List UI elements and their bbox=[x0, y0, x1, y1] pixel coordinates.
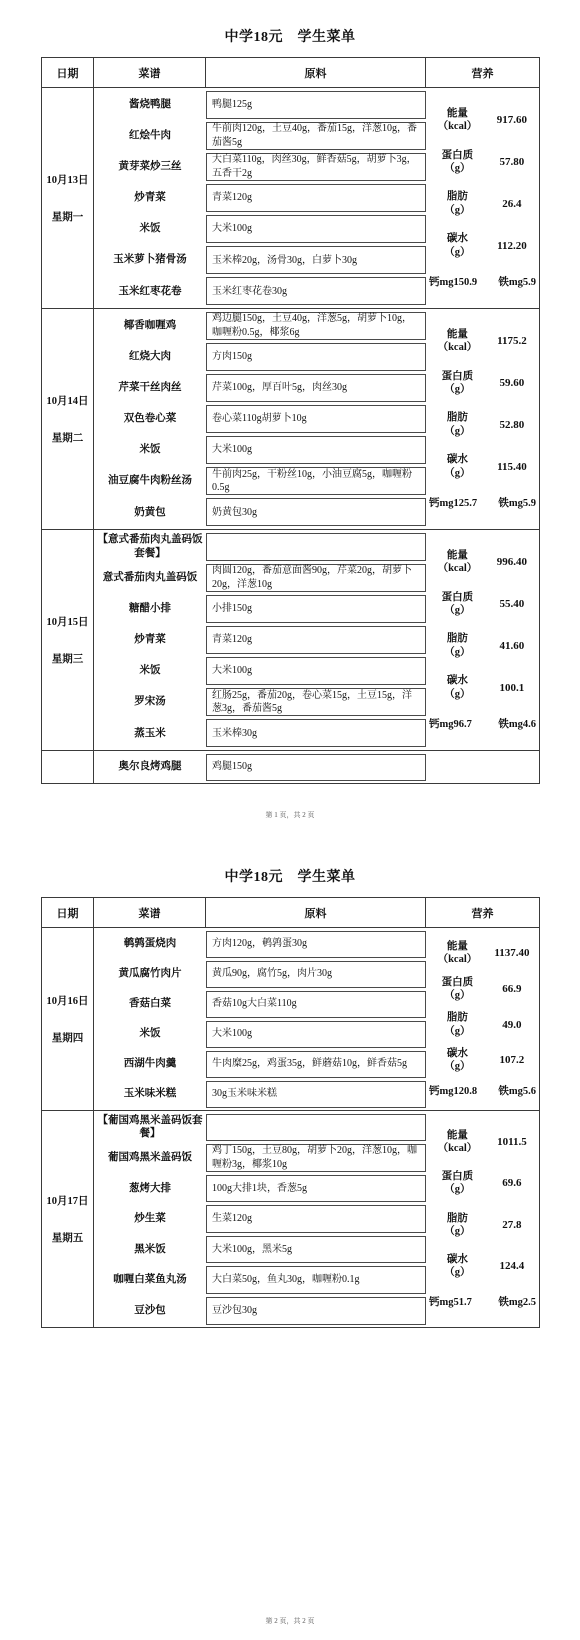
carb-unit: （g） bbox=[444, 688, 470, 701]
day-section: 10月15日 星期三 【意式番茄肉丸盖码饭套餐】 意式番茄肉丸盖码饭 肉圆120… bbox=[42, 529, 539, 750]
dish-row: 炒青菜 青菜120g bbox=[94, 624, 426, 655]
dish-ingredients: 芹菜100g，厚百叶5g，肉丝30g bbox=[206, 374, 426, 402]
nutrition-energy-row: 能量 （kcal） 917.60 bbox=[428, 107, 537, 133]
header-nutrition: 营养 bbox=[426, 58, 539, 87]
protein-unit: （g） bbox=[444, 383, 470, 396]
nutrition-protein-row: 蛋白质 （g） 59.60 bbox=[428, 370, 537, 396]
day-section: 10月14日 星期二 椰香咖喱鸡 鸡边腿150g，土豆40g，洋葱5g，胡萝卜1… bbox=[42, 308, 539, 529]
dish-ingredients: 奶黄包30g bbox=[206, 498, 426, 526]
dish-name: 意式番茄肉丸盖码饭 bbox=[94, 562, 206, 593]
nutrition-fat-row: 脂肪 （g） 27.8 bbox=[428, 1212, 537, 1238]
dish-name: 【葡国鸡黑米盖码饭套餐】 bbox=[94, 1112, 206, 1143]
energy-value: 1175.2 bbox=[487, 335, 537, 347]
dish-name: 米饭 bbox=[94, 435, 206, 466]
dish-row: 椰香咖喱鸡 鸡边腿150g，土豆40g，洋葱5g，胡萝卜10g，咖喱粉0.5g，… bbox=[94, 310, 426, 341]
dish-name: 咖喱白菜鱼丸汤 bbox=[94, 1265, 206, 1296]
dish-row: 玉米萝卜猪骨汤 玉米棒20g，汤骨30g，白萝卜30g bbox=[94, 245, 426, 276]
days-container-1: 10月16日 星期四 鹌鹑蛋烧肉 方肉120g，鹌鹑蛋30g 黄瓜腐竹肉片 黄瓜… bbox=[42, 928, 539, 1327]
dish-name: 黄瓜腐竹肉片 bbox=[94, 959, 206, 989]
dish-row: 黄瓜腐竹肉片 黄瓜90g，腐竹5g，肉片30g bbox=[94, 959, 426, 989]
energy-unit: （kcal） bbox=[438, 953, 478, 966]
dish-row: 奶黄包 奶黄包30g bbox=[94, 497, 426, 528]
dish-ingredients: 小排150g bbox=[206, 595, 426, 623]
date-cell bbox=[42, 751, 94, 783]
dish-row: 糖醋小排 小排150g bbox=[94, 593, 426, 624]
energy-label: 能量 bbox=[447, 328, 468, 341]
nutrition-energy-row: 能量 （kcal） 1137.40 bbox=[428, 940, 537, 966]
calcium-value: 钙mg150.9 bbox=[429, 274, 477, 289]
header-menu: 菜谱 bbox=[94, 58, 206, 87]
dish-row: 香菇白菜 香菇10g大白菜110g bbox=[94, 989, 426, 1019]
protein-unit: （g） bbox=[444, 162, 470, 175]
dish-name: 糖醋小排 bbox=[94, 593, 206, 624]
dish-row: 米饭 大米100g bbox=[94, 1019, 426, 1049]
dish-row: 红烩牛肉 牛前肉120g，土豆40g，番茄15g，洋葱10g，番茄酱5g bbox=[94, 120, 426, 151]
carb-label: 碳水 bbox=[447, 1047, 468, 1060]
dish-ingredients: 玉米棒30g bbox=[206, 719, 426, 747]
nutrition-minerals-row: 钙mg125.7 铁mg5.9 bbox=[428, 495, 537, 510]
page-1-title: 中学18元 学生菜单 bbox=[0, 26, 580, 46]
protein-value: 66.9 bbox=[487, 983, 537, 995]
iron-value: 铁mg5.6 bbox=[498, 1083, 536, 1098]
fat-label: 脂肪 bbox=[447, 1011, 468, 1024]
date-cell: 10月15日 星期三 bbox=[42, 530, 94, 750]
dish-row: 蒸玉米 玉米棒30g bbox=[94, 718, 426, 749]
protein-unit: （g） bbox=[444, 989, 470, 1002]
nutrition-cell bbox=[426, 751, 539, 783]
carb-unit: （g） bbox=[444, 1060, 470, 1073]
weekday-text: 星期五 bbox=[52, 1230, 84, 1245]
dish-row: 米饭 大米100g bbox=[94, 435, 426, 466]
fat-unit: （g） bbox=[444, 1225, 470, 1238]
dish-ingredients: 牛肉糜25g，鸡蛋35g，鲜蘑菇10g，鲜香菇5g bbox=[206, 1051, 426, 1078]
dish-row: 米饭 大米100g bbox=[94, 656, 426, 687]
date-cell: 10月14日 星期二 bbox=[42, 309, 94, 529]
date-text: 10月15日 bbox=[47, 614, 89, 629]
dish-row: 玉米红枣花卷 玉米红枣花卷30g bbox=[94, 276, 426, 307]
weekday-text: 星期三 bbox=[52, 651, 84, 666]
energy-unit: （kcal） bbox=[438, 120, 478, 133]
fat-value: 27.8 bbox=[487, 1219, 537, 1231]
fat-label: 脂肪 bbox=[447, 632, 468, 645]
nutrition-cell: 能量 （kcal） 1137.40 蛋白质 （g） 66.9 脂肪 （g） 49… bbox=[426, 928, 539, 1110]
nutrition-minerals-row: 钙mg51.7 铁mg2.5 bbox=[428, 1294, 537, 1309]
dish-name: 芹菜干丝肉丝 bbox=[94, 372, 206, 403]
nutrition-carb-row: 碳水 （g） 107.2 bbox=[428, 1047, 537, 1073]
dish-row: 西湖牛肉羹 牛肉糜25g，鸡蛋35g，鲜蘑菇10g，鲜香菇5g bbox=[94, 1049, 426, 1079]
protein-label: 蛋白质 bbox=[442, 976, 474, 989]
dish-name: 炒青菜 bbox=[94, 182, 206, 213]
menu-table-page-1: 日期 菜谱 原料 营养 10月13日 星期一 酱烧鸭腿 鸭腿125g 红烩牛肉 … bbox=[41, 57, 540, 784]
dish-name: 酱烧鸭腿 bbox=[94, 89, 206, 120]
header-nutrition: 营养 bbox=[426, 898, 539, 927]
dish-row: 罗宋汤 红肠25g，番茄20g，卷心菜15g，土豆15g，洋葱3g，番茄酱5g bbox=[94, 687, 426, 718]
dish-name: 鹌鹑蛋烧肉 bbox=[94, 929, 206, 959]
dish-row: 红烧大肉 方肉150g bbox=[94, 341, 426, 372]
dish-name: 炒生菜 bbox=[94, 1204, 206, 1235]
dish-ingredients: 豆沙包30g bbox=[206, 1297, 426, 1325]
nutrition-protein-row: 蛋白质 （g） 69.6 bbox=[428, 1170, 537, 1196]
weekday-text: 星期四 bbox=[52, 1030, 84, 1045]
nutrition-cell: 能量 （kcal） 1175.2 蛋白质 （g） 59.60 脂肪 （g） 52… bbox=[426, 309, 539, 529]
protein-label: 蛋白质 bbox=[442, 370, 474, 383]
dish-row: 【葡国鸡黑米盖码饭套餐】 bbox=[94, 1112, 426, 1143]
dish-ingredients: 大米100g，黑米5g bbox=[206, 1236, 426, 1264]
carb-label: 碳水 bbox=[447, 453, 468, 466]
date-text: 10月13日 bbox=[47, 172, 89, 187]
dish-ingredients: 玉米红枣花卷30g bbox=[206, 277, 426, 305]
page-2: 中学18元 学生菜单 日期 菜谱 原料 营养 10月16日 星期四 鹌鹑蛋烧肉 … bbox=[0, 820, 580, 1636]
calcium-value: 钙mg120.8 bbox=[429, 1083, 477, 1098]
nutrition-cell: 能量 （kcal） 1011.5 蛋白质 （g） 69.6 脂肪 （g） 27.… bbox=[426, 1111, 539, 1327]
dish-ingredients: 大白菜110g，肉丝30g，鲜香菇5g，胡萝卜3g，五香干2g bbox=[206, 153, 426, 181]
iron-value: 铁mg2.5 bbox=[498, 1294, 536, 1309]
dish-ingredients: 100g大排1块，香葱5g bbox=[206, 1175, 426, 1203]
dish-name: 香菇白菜 bbox=[94, 989, 206, 1019]
dish-name: 双色卷心菜 bbox=[94, 403, 206, 434]
protein-unit: （g） bbox=[444, 604, 470, 617]
nutrition-minerals-row: 钙mg96.7 铁mg4.6 bbox=[428, 716, 537, 731]
page-1-footer: 第 1 页，共 2 页 bbox=[0, 810, 580, 820]
dish-row: 葡国鸡黑米盖码饭 鸡丁150g，土豆80g，胡萝卜20g，洋葱10g，咖喱粉3g… bbox=[94, 1143, 426, 1174]
protein-value: 57.80 bbox=[487, 156, 537, 168]
calcium-value: 钙mg51.7 bbox=[429, 1294, 472, 1309]
nutrition-minerals-row: 钙mg120.8 铁mg5.6 bbox=[428, 1083, 537, 1098]
dish-ingredients: 大米100g bbox=[206, 215, 426, 243]
header-date: 日期 bbox=[42, 58, 94, 87]
dish-list: 【葡国鸡黑米盖码饭套餐】 葡国鸡黑米盖码饭 鸡丁150g，土豆80g，胡萝卜20… bbox=[94, 1111, 426, 1327]
fat-value: 26.4 bbox=[487, 198, 537, 210]
fat-unit: （g） bbox=[444, 204, 470, 217]
dish-row: 芹菜干丝肉丝 芹菜100g，厚百叶5g，肉丝30g bbox=[94, 372, 426, 403]
nutrition-carb-row: 碳水 （g） 100.1 bbox=[428, 674, 537, 700]
dish-name: 红烧大肉 bbox=[94, 341, 206, 372]
dish-ingredients: 卷心菜110g胡萝卜10g bbox=[206, 405, 426, 433]
weekday-text: 星期一 bbox=[52, 209, 84, 224]
dish-row: 黑米饭 大米100g，黑米5g bbox=[94, 1234, 426, 1265]
dish-name: 炒青菜 bbox=[94, 624, 206, 655]
date-cell: 10月16日 星期四 bbox=[42, 928, 94, 1110]
energy-label: 能量 bbox=[447, 107, 468, 120]
carb-value: 100.1 bbox=[487, 682, 537, 694]
dish-row: 鹌鹑蛋烧肉 方肉120g，鹌鹑蛋30g bbox=[94, 929, 426, 959]
header-ingredients: 原料 bbox=[206, 898, 426, 927]
fat-label: 脂肪 bbox=[447, 190, 468, 203]
day-section: 10月17日 星期五 【葡国鸡黑米盖码饭套餐】 葡国鸡黑米盖码饭 鸡丁150g，… bbox=[42, 1110, 539, 1327]
nutrition-cell: 能量 （kcal） 996.40 蛋白质 （g） 55.40 脂肪 （g） 41… bbox=[426, 530, 539, 750]
menu-table-page-2: 日期 菜谱 原料 营养 10月16日 星期四 鹌鹑蛋烧肉 方肉120g，鹌鹑蛋3… bbox=[41, 897, 540, 1328]
day-section: 奥尔良烤鸡腿 鸡腿150g bbox=[42, 750, 539, 783]
dish-ingredients: 香菇10g大白菜110g bbox=[206, 991, 426, 1018]
energy-label: 能量 bbox=[447, 1129, 468, 1142]
menu-document: 中学18元 学生菜单 日期 菜谱 原料 营养 10月13日 星期一 酱烧鸭腿 鸭… bbox=[0, 0, 580, 1636]
dish-ingredients bbox=[206, 1114, 426, 1142]
dish-ingredients: 玉米棒20g，汤骨30g，白萝卜30g bbox=[206, 246, 426, 274]
dish-name: 豆沙包 bbox=[94, 1295, 206, 1326]
protein-label: 蛋白质 bbox=[442, 1170, 474, 1183]
dish-ingredients: 牛前肉120g，土豆40g，番茄15g，洋葱10g，番茄酱5g bbox=[206, 122, 426, 150]
dish-row: 咖喱白菜鱼丸汤 大白菜50g，鱼丸30g，咖喱粉0.1g bbox=[94, 1265, 426, 1296]
fat-value: 49.0 bbox=[487, 1019, 537, 1031]
dish-row: 葱烤大排 100g大排1块，香葱5g bbox=[94, 1173, 426, 1204]
nutrition-energy-row: 能量 （kcal） 1175.2 bbox=[428, 328, 537, 354]
nutrition-fat-row: 脂肪 （g） 26.4 bbox=[428, 190, 537, 216]
weekday-text: 星期二 bbox=[52, 430, 84, 445]
calcium-value: 钙mg96.7 bbox=[429, 716, 472, 731]
carb-unit: （g） bbox=[444, 246, 470, 259]
date-text: 10月14日 bbox=[47, 393, 89, 408]
calcium-value: 钙mg125.7 bbox=[429, 495, 477, 510]
protein-unit: （g） bbox=[444, 1183, 470, 1196]
header-date: 日期 bbox=[42, 898, 94, 927]
dish-ingredients: 青菜120g bbox=[206, 626, 426, 654]
dish-row: 黄芽菜炒三丝 大白菜110g，肉丝30g，鲜香菇5g，胡萝卜3g，五香干2g bbox=[94, 151, 426, 182]
dish-row: 炒生菜 生菜120g bbox=[94, 1204, 426, 1235]
fat-unit: （g） bbox=[444, 1025, 470, 1038]
dish-name: 红烩牛肉 bbox=[94, 120, 206, 151]
carb-unit: （g） bbox=[444, 1266, 470, 1279]
dish-ingredients: 肉圆120g，番茄意面酱90g，芹菜20g，胡萝卜20g，洋葱10g bbox=[206, 564, 426, 592]
dish-row: 【意式番茄肉丸盖码饭套餐】 bbox=[94, 531, 426, 562]
dish-ingredients: 鸡腿150g bbox=[206, 754, 426, 781]
nutrition-fat-row: 脂肪 （g） 52.80 bbox=[428, 411, 537, 437]
day-section: 10月13日 星期一 酱烧鸭腿 鸭腿125g 红烩牛肉 牛前肉120g，土豆40… bbox=[42, 88, 539, 308]
nutrition-protein-row: 蛋白质 （g） 66.9 bbox=[428, 976, 537, 1002]
fat-unit: （g） bbox=[444, 425, 470, 438]
dish-ingredients: 方肉120g，鹌鹑蛋30g bbox=[206, 931, 426, 958]
carb-unit: （g） bbox=[444, 467, 470, 480]
dish-list: 奥尔良烤鸡腿 鸡腿150g bbox=[94, 751, 426, 783]
dish-ingredients: 鸭腿125g bbox=[206, 91, 426, 119]
dish-list: 【意式番茄肉丸盖码饭套餐】 意式番茄肉丸盖码饭 肉圆120g，番茄意面酱90g，… bbox=[94, 530, 426, 750]
carb-label: 碳水 bbox=[447, 674, 468, 687]
dish-ingredients: 大米100g bbox=[206, 436, 426, 464]
dish-ingredients: 红肠25g，番茄20g，卷心菜15g，土豆15g，洋葱3g，番茄酱5g bbox=[206, 688, 426, 716]
nutrition-cell: 能量 （kcal） 917.60 蛋白质 （g） 57.80 脂肪 （g） 26… bbox=[426, 88, 539, 308]
carb-value: 112.20 bbox=[487, 240, 537, 252]
dish-name: 葱烤大排 bbox=[94, 1173, 206, 1204]
date-cell: 10月13日 星期一 bbox=[42, 88, 94, 308]
dish-name: 黑米饭 bbox=[94, 1234, 206, 1265]
page-1: 中学18元 学生菜单 日期 菜谱 原料 营养 10月13日 星期一 酱烧鸭腿 鸭… bbox=[0, 0, 580, 820]
nutrition-energy-row: 能量 （kcal） 996.40 bbox=[428, 549, 537, 575]
carb-label: 碳水 bbox=[447, 1253, 468, 1266]
dish-name: 蒸玉米 bbox=[94, 718, 206, 749]
dish-ingredients: 方肉150g bbox=[206, 343, 426, 371]
header-menu: 菜谱 bbox=[94, 898, 206, 927]
dish-name: 【意式番茄肉丸盖码饭套餐】 bbox=[94, 531, 206, 562]
dish-row: 玉米味米糕 30g玉米味米糕 bbox=[94, 1079, 426, 1109]
iron-value: 铁mg5.9 bbox=[498, 274, 536, 289]
nutrition-fat-row: 脂肪 （g） 41.60 bbox=[428, 632, 537, 658]
energy-value: 917.60 bbox=[487, 114, 537, 126]
dish-ingredients: 鸡丁150g，土豆80g，胡萝卜20g，洋葱10g，咖喱粉3g，椰浆10g bbox=[206, 1144, 426, 1172]
dish-row: 意式番茄肉丸盖码饭 肉圆120g，番茄意面酱90g，芹菜20g，胡萝卜20g，洋… bbox=[94, 562, 426, 593]
dish-list: 酱烧鸭腿 鸭腿125g 红烩牛肉 牛前肉120g，土豆40g，番茄15g，洋葱1… bbox=[94, 88, 426, 308]
energy-value: 996.40 bbox=[487, 556, 537, 568]
protein-label: 蛋白质 bbox=[442, 149, 474, 162]
fat-value: 52.80 bbox=[487, 419, 537, 431]
protein-value: 55.40 bbox=[487, 598, 537, 610]
dish-name: 奶黄包 bbox=[94, 497, 206, 528]
dish-ingredients: 青菜120g bbox=[206, 184, 426, 212]
dish-row: 酱烧鸭腿 鸭腿125g bbox=[94, 89, 426, 120]
table-header: 日期 菜谱 原料 营养 bbox=[42, 58, 539, 88]
protein-value: 59.60 bbox=[487, 377, 537, 389]
nutrition-protein-row: 蛋白质 （g） 57.80 bbox=[428, 149, 537, 175]
nutrition-carb-row: 碳水 （g） 124.4 bbox=[428, 1253, 537, 1279]
nutrition-carb-row: 碳水 （g） 115.40 bbox=[428, 453, 537, 479]
carb-label: 碳水 bbox=[447, 232, 468, 245]
dish-row: 豆沙包 豆沙包30g bbox=[94, 1295, 426, 1326]
dish-ingredients: 大白菜50g，鱼丸30g，咖喱粉0.1g bbox=[206, 1266, 426, 1294]
dish-ingredients: 黄瓜90g，腐竹5g，肉片30g bbox=[206, 961, 426, 988]
fat-label: 脂肪 bbox=[447, 411, 468, 424]
dish-ingredients: 大米100g bbox=[206, 657, 426, 685]
energy-label: 能量 bbox=[447, 549, 468, 562]
energy-unit: （kcal） bbox=[438, 341, 478, 354]
protein-value: 69.6 bbox=[487, 1177, 537, 1189]
energy-label: 能量 bbox=[447, 940, 468, 953]
dish-name: 油豆腐牛肉粉丝汤 bbox=[94, 466, 206, 497]
nutrition-carb-row: 碳水 （g） 112.20 bbox=[428, 232, 537, 258]
day-section: 10月16日 星期四 鹌鹑蛋烧肉 方肉120g，鹌鹑蛋30g 黄瓜腐竹肉片 黄瓜… bbox=[42, 928, 539, 1110]
dish-name: 玉米红枣花卷 bbox=[94, 276, 206, 307]
dish-row: 双色卷心菜 卷心菜110g胡萝卜10g bbox=[94, 403, 426, 434]
dish-ingredients: 30g玉米味米糕 bbox=[206, 1081, 426, 1108]
table-header: 日期 菜谱 原料 营养 bbox=[42, 898, 539, 928]
dish-row: 奥尔良烤鸡腿 鸡腿150g bbox=[94, 752, 426, 782]
dish-name: 葡国鸡黑米盖码饭 bbox=[94, 1143, 206, 1174]
fat-label: 脂肪 bbox=[447, 1212, 468, 1225]
energy-unit: （kcal） bbox=[438, 562, 478, 575]
nutrition-protein-row: 蛋白质 （g） 55.40 bbox=[428, 591, 537, 617]
date-cell: 10月17日 星期五 bbox=[42, 1111, 94, 1327]
dish-row: 炒青菜 青菜120g bbox=[94, 182, 426, 213]
dish-ingredients: 牛前肉25g，干粉丝10g，小油豆腐5g，咖喱粉0.5g bbox=[206, 467, 426, 495]
page-2-footer: 第 2 页，共 2 页 bbox=[0, 1616, 580, 1636]
nutrition-minerals-row: 钙mg150.9 铁mg5.9 bbox=[428, 274, 537, 289]
carb-value: 115.40 bbox=[487, 461, 537, 473]
dish-name: 西湖牛肉羹 bbox=[94, 1049, 206, 1079]
page-2-title: 中学18元 学生菜单 bbox=[0, 866, 580, 886]
dish-list: 椰香咖喱鸡 鸡边腿150g，土豆40g，洋葱5g，胡萝卜10g，咖喱粉0.5g，… bbox=[94, 309, 426, 529]
dish-name: 玉米味米糕 bbox=[94, 1079, 206, 1109]
energy-value: 1137.40 bbox=[487, 947, 537, 959]
dish-name: 黄芽菜炒三丝 bbox=[94, 151, 206, 182]
dish-ingredients: 生菜120g bbox=[206, 1205, 426, 1233]
date-text: 10月17日 bbox=[47, 1193, 89, 1208]
nutrition-fat-row: 脂肪 （g） 49.0 bbox=[428, 1011, 537, 1037]
dish-name: 玉米萝卜猪骨汤 bbox=[94, 245, 206, 276]
dish-name: 椰香咖喱鸡 bbox=[94, 310, 206, 341]
nutrition-energy-row: 能量 （kcal） 1011.5 bbox=[428, 1129, 537, 1155]
dish-name: 罗宋汤 bbox=[94, 687, 206, 718]
dish-ingredients: 大米100g bbox=[206, 1021, 426, 1048]
dish-name: 米饭 bbox=[94, 1019, 206, 1049]
energy-unit: （kcal） bbox=[438, 1142, 478, 1155]
date-text: 10月16日 bbox=[47, 993, 89, 1008]
dish-name: 米饭 bbox=[94, 214, 206, 245]
dish-ingredients: 鸡边腿150g，土豆40g，洋葱5g，胡萝卜10g，咖喱粉0.5g，椰浆6g bbox=[206, 312, 426, 340]
iron-value: 铁mg4.6 bbox=[498, 716, 536, 731]
iron-value: 铁mg5.9 bbox=[498, 495, 536, 510]
dish-row: 米饭 大米100g bbox=[94, 214, 426, 245]
dish-list: 鹌鹑蛋烧肉 方肉120g，鹌鹑蛋30g 黄瓜腐竹肉片 黄瓜90g，腐竹5g，肉片… bbox=[94, 928, 426, 1110]
dish-name: 米饭 bbox=[94, 656, 206, 687]
dish-ingredients bbox=[206, 533, 426, 561]
header-ingredients: 原料 bbox=[206, 58, 426, 87]
protein-label: 蛋白质 bbox=[442, 591, 474, 604]
energy-value: 1011.5 bbox=[487, 1136, 537, 1148]
carb-value: 107.2 bbox=[487, 1054, 537, 1066]
dish-name: 奥尔良烤鸡腿 bbox=[94, 752, 206, 782]
fat-unit: （g） bbox=[444, 646, 470, 659]
days-container-0: 10月13日 星期一 酱烧鸭腿 鸭腿125g 红烩牛肉 牛前肉120g，土豆40… bbox=[42, 88, 539, 783]
dish-row: 油豆腐牛肉粉丝汤 牛前肉25g，干粉丝10g，小油豆腐5g，咖喱粉0.5g bbox=[94, 466, 426, 497]
carb-value: 124.4 bbox=[487, 1260, 537, 1272]
fat-value: 41.60 bbox=[487, 640, 537, 652]
